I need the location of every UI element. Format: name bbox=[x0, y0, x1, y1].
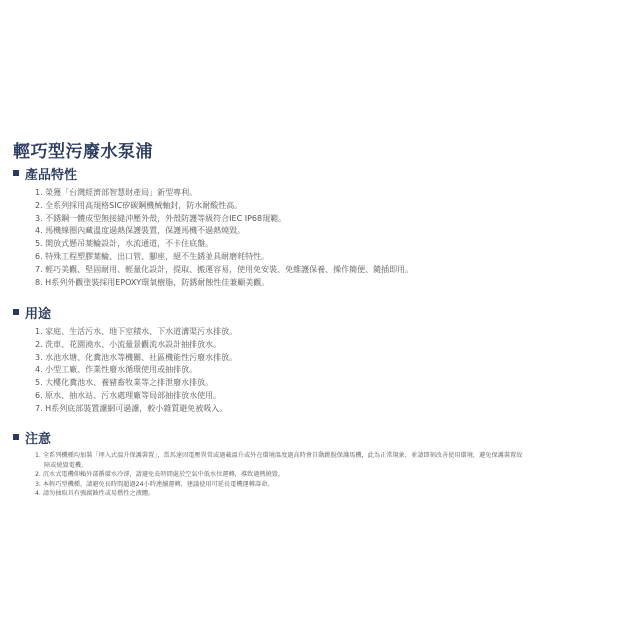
list-item: 3. 不銹鋼一體成型無接縫沖壓外殼，外殼防護等級符合IEC IP68規範。 bbox=[35, 213, 413, 226]
list-item: 6. 原水、抽水站、污水處理廠等局部抽排放水使用。 bbox=[35, 390, 237, 403]
list-item: 1. 全系列機種均加裝「埋入式溫升保護裝置」，當馬達因電壓異常或過載溫升或外在環… bbox=[35, 451, 635, 470]
section-heading-text: 產品特性 bbox=[25, 164, 77, 183]
list-item: 1. 榮獲「台灣經濟部智慧財產局」新型專利。 bbox=[35, 187, 413, 200]
square-bullet-icon bbox=[13, 170, 19, 176]
note-line: 4. 請勿抽取具有強腐蝕性或易燃性之液體。 bbox=[35, 490, 154, 497]
list-item: 1. 家庭、生活污水、地下室積水、下水道溝渠污水排放。 bbox=[35, 326, 237, 339]
list-item: 7. 輕巧美觀、堅固耐用、輕量化設計，提取、搬運容易，使用免安裝、免維護保養、操… bbox=[35, 264, 413, 277]
note-line-continued: 障或燒毀電機。 bbox=[35, 461, 635, 471]
page-title: 輕巧型污廢水泵浦 bbox=[13, 137, 153, 162]
section-uses: 用途 1. 家庭、生活污水、地下室積水、下水道溝渠污水排放。 2. 洗車、花園澆… bbox=[13, 302, 237, 416]
uses-list: 1. 家庭、生活污水、地下室積水、下水道溝渠污水排放。 2. 洗車、花園澆水、小… bbox=[35, 326, 237, 416]
list-item: 2. 洗車、花園澆水、小流量景觀流水設計抽排放水。 bbox=[35, 339, 237, 352]
list-item: 2. 沉水式電機仰賴外部循環水冷卻，請避免長時間處於空氣中低水位運轉，導致過熱燒… bbox=[35, 470, 635, 480]
list-item: 5. 開放式懸吊葉輪設計，水流通道，不卡住底盤。 bbox=[35, 238, 413, 251]
section-notes: 注意 1. 全系列機種均加裝「埋入式溫升保護裝置」，當馬達因電壓異常或過載溫升或… bbox=[13, 427, 635, 499]
list-item: 3. 水池水塘、化糞池水等機關、社區機能性污廢水排放。 bbox=[35, 352, 237, 365]
list-item: 7. H系列底部裝置濾網可過濾，較小雜質避免被吸入。 bbox=[35, 403, 237, 416]
features-list: 1. 榮獲「台灣經濟部智慧財產局」新型專利。 2. 全系列採用高規格SIC矽碳鋼… bbox=[35, 187, 413, 289]
list-item: 4. 請勿抽取具有強腐蝕性或易燃性之液體。 bbox=[35, 489, 635, 499]
section-heading: 產品特性 bbox=[13, 163, 413, 183]
list-item: 8. H系列外觀塗裝採用EPOXY環氧樹脂，防銹耐蝕性佳兼顧美觀。 bbox=[35, 277, 413, 290]
note-line: 1. 全系列機種均加裝「埋入式溫升保護裝置」，當馬達因電壓異常或過載溫升或外在環… bbox=[35, 452, 522, 459]
notes-list: 1. 全系列機種均加裝「埋入式溫升保護裝置」，當馬達因電壓異常或過載溫升或外在環… bbox=[35, 451, 635, 499]
list-item: 2. 全系列採用高規格SIC矽碳鋼機械軸封，防水耐酸性高。 bbox=[35, 200, 413, 213]
list-item: 3. 本輕巧型機種，請避免長時間超過24小時連續運轉，建議使用可延長電機運轉壽命… bbox=[35, 480, 635, 490]
section-heading: 注意 bbox=[13, 427, 635, 447]
list-item: 6. 特殊工程塑膠葉輪、出口管、腳座，絕不生銹並具耐磨耗特性。 bbox=[35, 251, 413, 264]
list-item: 5. 大樓化糞池水、養豬畜牧業等之排泄廢水排放。 bbox=[35, 377, 237, 390]
section-features: 產品特性 1. 榮獲「台灣經濟部智慧財產局」新型專利。 2. 全系列採用高規格S… bbox=[13, 163, 413, 289]
list-item: 4. 馬機線圈內藏溫度過熱保護裝置，保護馬機不過熱燒毀。 bbox=[35, 225, 413, 238]
section-heading-text: 注意 bbox=[25, 428, 51, 447]
section-heading-text: 用途 bbox=[25, 303, 51, 322]
note-line: 2. 沉水式電機仰賴外部循環水冷卻，請避免長時間處於空氣中低水位運轉，導致過熱燒… bbox=[35, 471, 284, 478]
note-line: 3. 本輕巧型機種，請避免長時間超過24小時連續運轉，建議使用可延長電機運轉壽命… bbox=[35, 481, 274, 488]
square-bullet-icon bbox=[13, 434, 19, 440]
list-item: 4. 小型工廠、作業性廢水循環使用或抽排放。 bbox=[35, 364, 237, 377]
square-bullet-icon bbox=[13, 309, 19, 315]
section-heading: 用途 bbox=[13, 302, 237, 322]
